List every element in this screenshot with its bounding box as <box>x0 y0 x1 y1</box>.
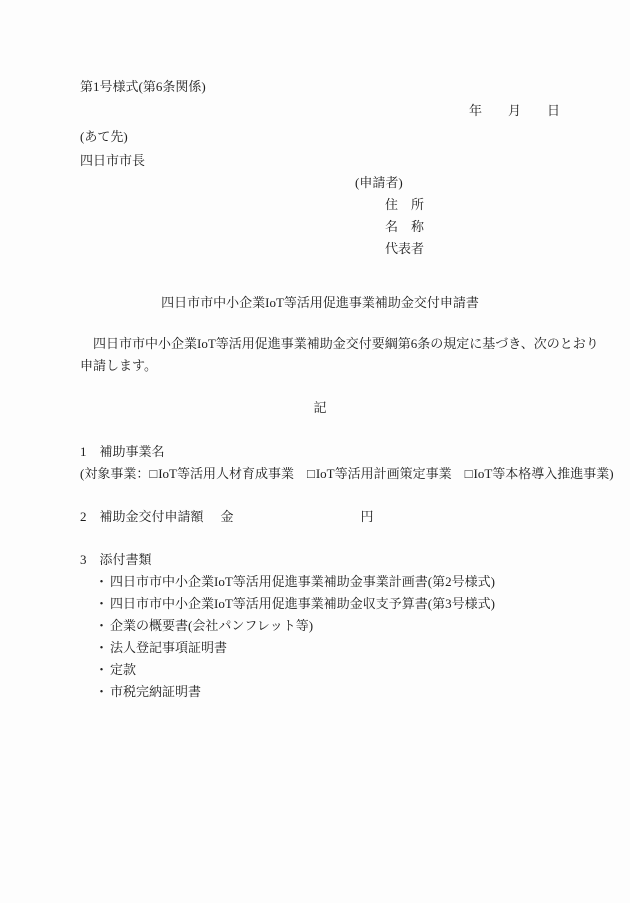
bullet-icon: ・ <box>95 684 108 699</box>
document-page: 第1号様式(第6条関係) 年 月 日 (あて先) 四日市市長 (申請者) 住 所… <box>0 0 630 903</box>
options-suffix: ) <box>609 466 613 481</box>
attachment-item: ・企業の概要書(会社パンフレット等) <box>80 615 560 637</box>
section3-heading: 3 添付書類 <box>80 549 560 571</box>
attachment-label: 市税完納証明書 <box>110 684 201 699</box>
currency-suffix: 円 <box>361 509 374 524</box>
choice-label-1: IoT等活用人材育成事業 <box>158 466 294 481</box>
choice-group-1: □IoT等活用人材育成事業 <box>149 466 294 481</box>
body-paragraph-line1: 四日市市中小企業IoT等活用促進事業補助金交付要綱第6条の規定に基づき、次のとお… <box>80 333 560 355</box>
applicant-label: (申請者) <box>355 172 560 194</box>
attachment-label: 四日市市中小企業IoT等活用促進事業補助金事業計画書(第2号様式) <box>110 574 495 589</box>
date-line: 年 月 日 <box>80 100 560 122</box>
choice-label-3: IoT等本格導入推進事業 <box>473 466 609 481</box>
choice-label-2: IoT等活用計画策定事業 <box>316 466 452 481</box>
section2-heading: 2 補助金交付申請額 <box>80 509 204 524</box>
applicant-field-name: 名 称 <box>385 216 560 238</box>
attachment-item: ・四日市市中小企業IoT等活用促進事業補助金事業計画書(第2号様式) <box>80 571 560 593</box>
attachment-item: ・法人登記事項証明書 <box>80 637 560 659</box>
addressee-label: (あて先) <box>80 126 560 148</box>
attachment-item: ・市税完納証明書 <box>80 681 560 703</box>
checkbox-icon: □ <box>149 466 157 481</box>
bullet-icon: ・ <box>95 618 108 633</box>
applicant-field-representative: 代表者 <box>385 238 560 260</box>
form-number: 第1号様式(第6条関係) <box>80 76 560 98</box>
section1-heading: 1 補助事業名 <box>80 441 560 463</box>
body-paragraph-line2: 申請します。 <box>80 355 560 377</box>
document-title: 四日市市中小企業IoT等活用促進事業補助金交付申請書 <box>80 292 560 314</box>
attachment-label: 法人登記事項証明書 <box>110 640 227 655</box>
attachment-item: ・定款 <box>80 659 560 681</box>
ki-marker: 記 <box>80 397 560 419</box>
choice-group-2: □IoT等活用計画策定事業 <box>307 466 452 481</box>
attachment-item: ・四日市市中小企業IoT等活用促進事業補助金収支予算書(第3号様式) <box>80 593 560 615</box>
checkbox-icon: □ <box>465 466 473 481</box>
attachment-label: 企業の概要書(会社パンフレット等) <box>110 618 313 633</box>
bullet-icon: ・ <box>95 596 108 611</box>
bullet-icon: ・ <box>95 640 108 655</box>
options-prefix: (対象事業： <box>80 466 149 481</box>
applicant-field-address: 住 所 <box>385 194 560 216</box>
addressee-name: 四日市市長 <box>80 150 560 172</box>
attachment-label: 定款 <box>110 662 136 677</box>
choice-group-3: □IoT等本格導入推進事業 <box>465 466 610 481</box>
attachment-label: 四日市市中小企業IoT等活用促進事業補助金収支予算書(第3号様式) <box>110 596 495 611</box>
section1-options-line: (対象事業：□IoT等活用人材育成事業□IoT等活用計画策定事業□IoT等本格導… <box>80 463 560 485</box>
checkbox-icon: □ <box>307 466 315 481</box>
currency-prefix: 金 <box>221 509 234 524</box>
bullet-icon: ・ <box>95 574 108 589</box>
bullet-icon: ・ <box>95 662 108 677</box>
section2-amount-line: 2 補助金交付申請額金円 <box>80 506 560 528</box>
